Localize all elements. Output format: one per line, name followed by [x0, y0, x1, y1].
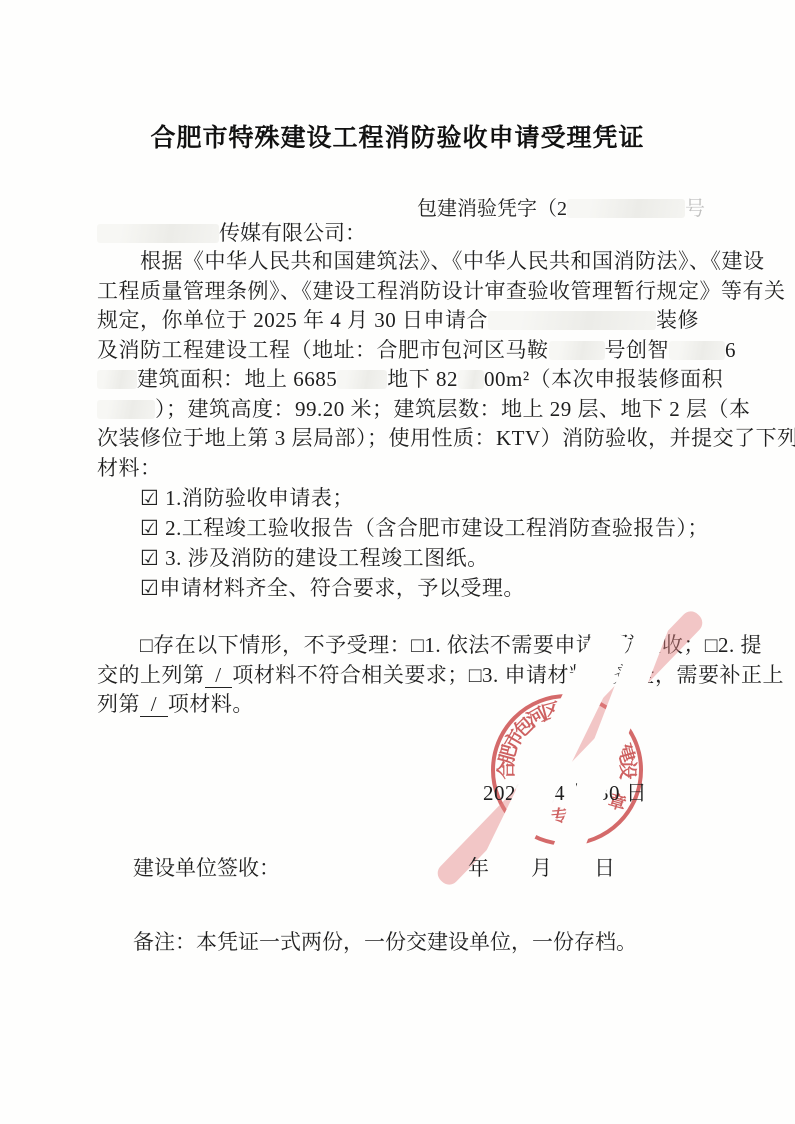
text-segment: 项材料不符合相关要求；□3. 申请材料不齐全，需要补正上 [232, 663, 784, 687]
text-line: 包建消验凭字（2号 [417, 194, 705, 224]
note-line: 备注：本凭证一式两份，一份交建设单位，一份存档。 [133, 926, 637, 956]
text-line: 次装修位于地上第 3 层局部）；使用性质：KTV）消防验收，并提交了下列 [97, 424, 747, 454]
blank-slash: / [205, 663, 233, 688]
redaction-block [97, 400, 155, 419]
redaction-block [458, 370, 484, 389]
text-segment: 装修 [656, 308, 699, 332]
doc-number: 包建消验凭字（2号 [417, 194, 705, 224]
redaction-block [337, 370, 387, 389]
redaction-block [97, 224, 219, 243]
issue-date: 2024 月 30 日 [483, 779, 647, 809]
text-segment: 次装修位于地上第 3 层局部）；使用性质：KTV）消防验收，并提交了下列 [97, 426, 795, 450]
text-line: 工程质量管理条例》、《建设工程消防设计审查验收管理暂行规定》等有关 [97, 277, 747, 307]
sign-label: 建设单位签收： [133, 852, 280, 882]
text-segment: 材料： [97, 456, 162, 480]
seal-ring-char: 设 [618, 760, 637, 779]
text-segment: ）；建筑高度：99.20 米；建筑层数：地上 29 层、地下 2 层（本 [155, 397, 751, 421]
materials-checklist: ☑ 1.消防验收申请表； ☑ 2.工程竣工验收报告（含合肥市建设工程消防查验报告… [97, 483, 747, 603]
text-line: ☑ 1.消防验收申请表； [97, 483, 747, 513]
text-segment: 建筑面积：地上 6685 [137, 367, 337, 391]
text-segment: 传媒有限公司： [219, 221, 366, 245]
text-segment: 工程质量管理条例》、《建设工程消防设计审查验收管理暂行规定》等有关 [97, 279, 786, 303]
text-segment: 号创智 [605, 338, 670, 362]
faint-text: 号 [685, 198, 705, 220]
text-line: 列第 / 项材料。 [97, 690, 757, 720]
redaction-block [549, 341, 605, 360]
text-segment: 规定，你单位于 2025 年 4 月 30 日申请合 [97, 308, 488, 332]
document-page: 合肥市特殊建设工程消防验收申请受理凭证 包建消验凭字（2号 传媒有限公司： 根据… [0, 0, 795, 1124]
redaction-block [97, 370, 137, 389]
text-segment: ☑ 3. 涉及消防的建设工程竣工图纸。 [97, 546, 489, 570]
redaction-block [488, 311, 656, 330]
text-segment: 交的上列第 [97, 663, 205, 687]
redaction-block [669, 341, 725, 360]
text-line: ）；建筑高度：99.20 米；建筑层数：地上 29 层、地下 2 层（本 [97, 395, 747, 425]
main-paragraph: 根据《中华人民共和国建筑法》、《中华人民共和国消防法》、《建设工程质量管理条例》… [97, 247, 747, 483]
text-segment: 项材料。 [168, 692, 254, 716]
text-line: 2024 月 30 日 [483, 779, 647, 809]
page-title: 合肥市特殊建设工程消防验收申请受理凭证 [0, 118, 795, 154]
text-line: 建筑面积：地上 6685地下 8200m²（本次申报装修面积 [97, 365, 747, 395]
text-segment: ☑ 1.消防验收申请表； [97, 486, 354, 510]
redaction-block [567, 199, 685, 218]
text-segment: 列第 [97, 692, 140, 716]
text-line: ☑申请材料齐全、符合要求，予以受理。 [97, 573, 747, 603]
text-line: 材料： [97, 454, 747, 484]
text-line: ☑ 3. 涉及消防的建设工程竣工图纸。 [97, 543, 747, 573]
text-line: 及消防工程建设工程（地址：合肥市包河区马鞍号创智6 [97, 336, 747, 366]
text-segment: 地下 82 [387, 367, 458, 391]
sign-date-blank: 年 月 日 [468, 852, 615, 882]
text-line: 规定，你单位于 2025 年 4 月 30 日申请合装修 [97, 306, 747, 336]
text-line: 根据《中华人民共和国建筑法》、《中华人民共和国消防法》、《建设 [97, 247, 747, 277]
text-segment: 00m²（本次申报装修面积 [484, 367, 723, 391]
text-segment: 包建消验凭字（2 [417, 198, 567, 220]
text-segment: 及消防工程建设工程（地址：合肥市包河区马鞍 [97, 338, 549, 362]
addressee: 传媒有限公司： [97, 218, 366, 248]
text-line: 传媒有限公司： [97, 218, 366, 248]
text-line: ☑ 2.工程竣工验收报告（含合肥市建设工程消防查验报告）； [97, 513, 747, 543]
blank-slash: / [140, 692, 168, 717]
text-segment: 6 [725, 338, 736, 362]
text-segment: ☑申请材料齐全、符合要求，予以受理。 [97, 576, 525, 600]
text-segment: 根据《中华人民共和国建筑法》、《中华人民共和国消防法》、《建设 [97, 249, 765, 273]
text-segment: ☑ 2.工程竣工验收报告（含合肥市建设工程消防查验报告）； [97, 516, 709, 540]
